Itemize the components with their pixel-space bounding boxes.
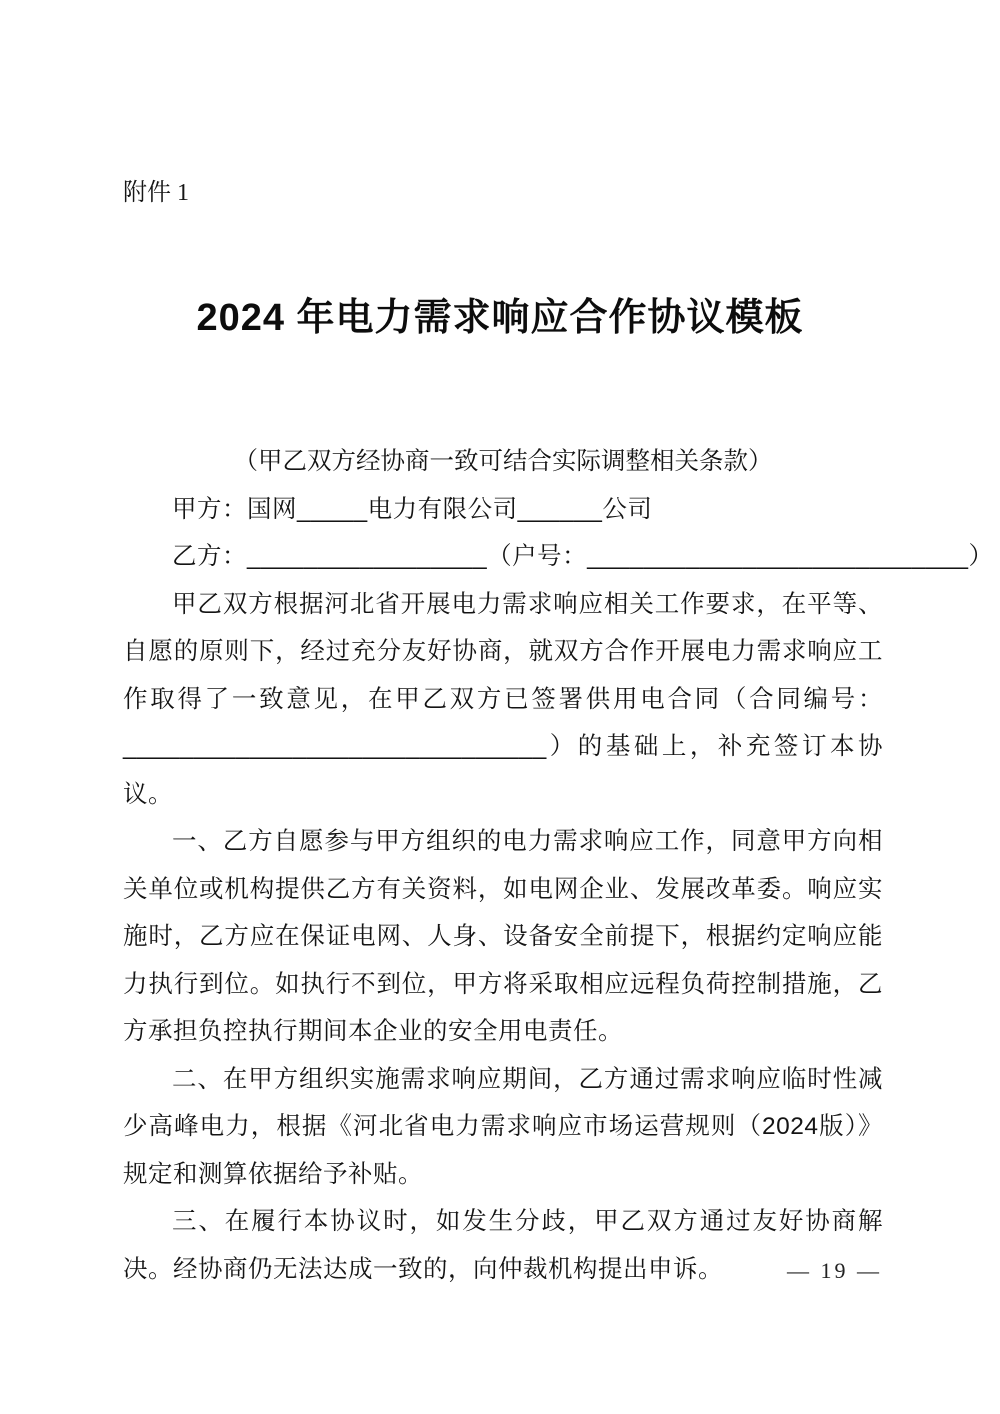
paragraph-intro: 甲乙双方根据河北省开展电力需求响应相关工作要求，在平等、自愿的原则下，经过充分友… [123,581,883,819]
paragraph-clause-2: 二、在甲方组织实施需求响应期间，乙方通过需求响应临时性减少高峰电力，根据《河北省… [123,1056,883,1199]
document-page: 附件 1 2024 年电力需求响应合作协议模板 （甲乙双方经协商一致可结合实际调… [0,0,1000,1414]
paragraph-clause-3: 三、在履行本协议时，如发生分歧，甲乙双方通过友好协商解决。经协商仍无法达成一致的… [123,1198,883,1293]
note-line: （甲乙双方经协商一致可结合实际调整相关条款） [123,438,883,486]
party-b-line: 乙方：_________________（户号：________________… [123,533,883,581]
party-a-line: 甲方：国网_____电力有限公司______公司 [123,486,883,534]
document-body: （甲乙双方经协商一致可结合实际调整相关条款） 甲方：国网_____电力有限公司_… [123,438,883,1293]
page-number: — 19 — [787,1258,882,1284]
attachment-label: 附件 1 [123,172,189,207]
paragraph-clause-1: 一、乙方自愿参与甲方组织的电力需求响应工作，同意甲方向相关单位或机构提供乙方有关… [123,818,883,1056]
document-title: 2024 年电力需求响应合作协议模板 [0,286,1000,341]
